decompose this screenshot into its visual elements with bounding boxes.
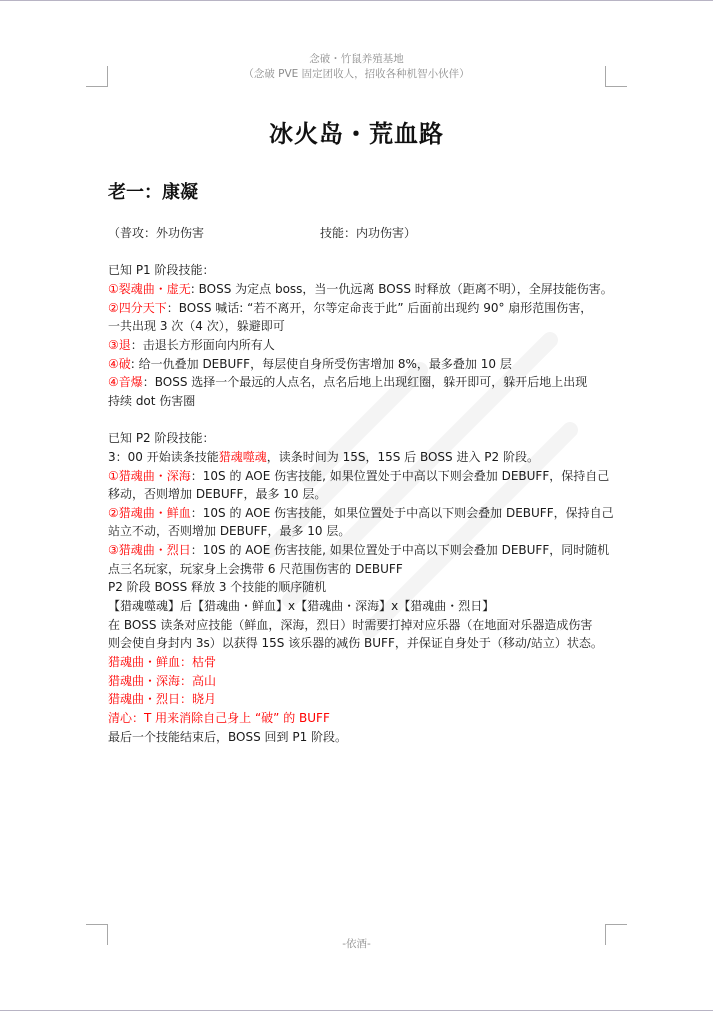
boss-heading: 老一：康凝 [108,178,198,204]
p1-skill-list: ①裂魂曲・虚无: BOSS 为定点 boss，当一仇远离 BOSS 时释放（距离… [108,280,613,411]
skill-name: ③猎魂曲・烈日 [108,543,191,557]
p2-intro-suffix: ，读条时间为 15S，15S 后 BOSS 进入 P2 阶段。 [267,450,539,464]
skill-line: ①裂魂曲・虚无: BOSS 为定点 boss，当一仇远离 BOSS 时释放（距离… [108,280,613,299]
skill-separator: ： [167,301,179,315]
skill-line: 持续 dot 伤害圈 [108,392,613,411]
page-header-line2: （念破 PVE 固定团收人，招收各种机智小伙伴） [0,66,713,81]
skill-description: 10S 的 AOE 伤害技能，如果位置处于中高以下则会叠加 DEBUFF，保持自… [203,506,614,520]
instrument-map-item: 猎魂曲・深海：高山 [108,672,613,691]
skill-separator: ： [131,338,143,352]
skill-line: 一共出现 3 次（4 次），躲避即可 [108,317,613,336]
p2-intro-prefix: 3：00 开始读条技能 [108,450,219,464]
document-title: 冰火岛・荒血路 [0,114,713,149]
skill-description: BOSS 喊话: “若不离开，尔等定命丧于此” 后面前出现约 90° 扇形范围伤… [179,301,593,315]
page-header-line1: 念破・竹鼠养殖基地 [0,51,713,66]
skill-description: 给一仇叠加 DEBUFF，每层使自身所受伤害增加 8%，最多叠加 10 层 [139,357,512,371]
skill-separator: ： [191,543,203,557]
page-footer: -依酒- [0,936,713,951]
skill-name: ④破 [108,357,131,371]
skill-line: ③退：击退长方形面向内所有人 [108,336,613,355]
skill-description: 一共出现 3 次（4 次），躲避即可 [108,319,285,333]
skill-line: ④破: 给一仇叠加 DEBUFF，每层使自身所受伤害增加 8%，最多叠加 10 … [108,355,613,374]
skill-line: 移动，否则增加 DEBUFF，最多 10 层。 [108,485,613,504]
p2-intro-skill: 猎魂噬魂 [219,450,267,464]
document-body: （普攻：外功伤害技能：内功伤害） 已知 P1 阶段技能： ①裂魂曲・虚无: BO… [108,224,613,746]
p1-section-title: 已知 P1 阶段技能： [108,261,613,280]
skill-name: ①猎魂曲・深海 [108,469,191,483]
skill-line: ②猎魂曲・鲜血：10S 的 AOE 伤害技能，如果位置处于中高以下则会叠加 DE… [108,504,613,523]
skill-line: 点三名玩家，玩家身上会携带 6 尺范围伤害的 DEBUFF [108,560,613,579]
skill-description: 10S 的 AOE 伤害技能, 如果位置处于中高以下则会叠加 DEBUFF，保持… [203,469,609,483]
skill-line: ①猎魂曲・深海：10S 的 AOE 伤害技能, 如果位置处于中高以下则会叠加 D… [108,467,613,486]
skill-separator: ： [143,375,155,389]
skill-description: 击退长方形面向内所有人 [143,338,275,352]
skill-description: BOSS 为定点 boss，当一仇远离 BOSS 时释放（距离不明），全屏技能伤… [199,282,613,296]
skill-line: 站立不动，否则增加 DEBUFF，最多 10 层。 [108,522,613,541]
skill-attack-info: 技能：内功伤害） [320,226,416,240]
attack-type-info: （普攻：外功伤害技能：内功伤害） [108,224,613,243]
p2-order-note: P2 阶段 BOSS 释放 3 个技能的顺序随机 [108,578,613,597]
instrument-note-line: 在 BOSS 读条对应技能（鲜血，深海，烈日）时需要打掉对应乐器（在地面对乐器造… [108,616,613,635]
instrument-map-item: 清心：T 用来消除自己身上 “破” 的 BUFF [108,709,613,728]
skill-name: ①裂魂曲・虚无 [108,282,191,296]
skill-name: ③退 [108,338,131,352]
skill-description: 站立不动，否则增加 DEBUFF，最多 10 层。 [108,524,350,538]
p2-intro: 3：00 开始读条技能猎魂噬魂，读条时间为 15S，15S 后 BOSS 进入 … [108,448,613,467]
p2-section-title: 已知 P2 阶段技能： [108,429,613,448]
p2-order-sequence: 【猎魂噬魂】后【猎魂曲・鲜血】x【猎魂曲・深海】x【猎魂曲・烈日】 [108,597,613,616]
p2-skill-list: ①猎魂曲・深海：10S 的 AOE 伤害技能, 如果位置处于中高以下则会叠加 D… [108,467,613,579]
skill-description: BOSS 选择一个最远的人点名，点名后地上出现红圈，躲开即可，躲开后地上出现 [155,375,588,389]
skill-separator: : [131,357,139,371]
page-border-top [0,0,713,1]
skill-line: ④音爆：BOSS 选择一个最远的人点名，点名后地上出现红圈，躲开即可，躲开后地上… [108,373,613,392]
normal-attack-info: （普攻：外功伤害 [108,226,204,240]
instrument-map-item: 猎魂曲・鲜血：枯骨 [108,653,613,672]
skill-name: ④音爆 [108,375,143,389]
skill-separator: ： [191,469,203,483]
p2-ending-note: 最后一个技能结束后，BOSS 回到 P1 阶段。 [108,728,613,747]
skill-name: ②四分天下 [108,301,167,315]
skill-name: ②猎魂曲・鲜血 [108,506,191,520]
skill-description: 移动，否则增加 DEBUFF，最多 10 层。 [108,487,326,501]
instrument-map-item: 猎魂曲・烈日：晓月 [108,690,613,709]
instrument-note-line: 则会使自身封内 3s）以获得 15S 该乐器的减伤 BUFF，并保证自身处于（移… [108,634,613,653]
skill-description: 10S 的 AOE 伤害技能, 如果位置处于中高以下则会叠加 DEBUFF，同时… [203,543,609,557]
skill-line: ②四分天下：BOSS 喊话: “若不离开，尔等定命丧于此” 后面前出现约 90°… [108,299,613,318]
skill-separator: ： [191,506,203,520]
skill-separator: : [191,282,199,296]
skill-line: ③猎魂曲・烈日：10S 的 AOE 伤害技能, 如果位置处于中高以下则会叠加 D… [108,541,613,560]
skill-description: 持续 dot 伤害圈 [108,394,195,408]
skill-description: 点三名玩家，玩家身上会携带 6 尺范围伤害的 DEBUFF [108,562,403,576]
